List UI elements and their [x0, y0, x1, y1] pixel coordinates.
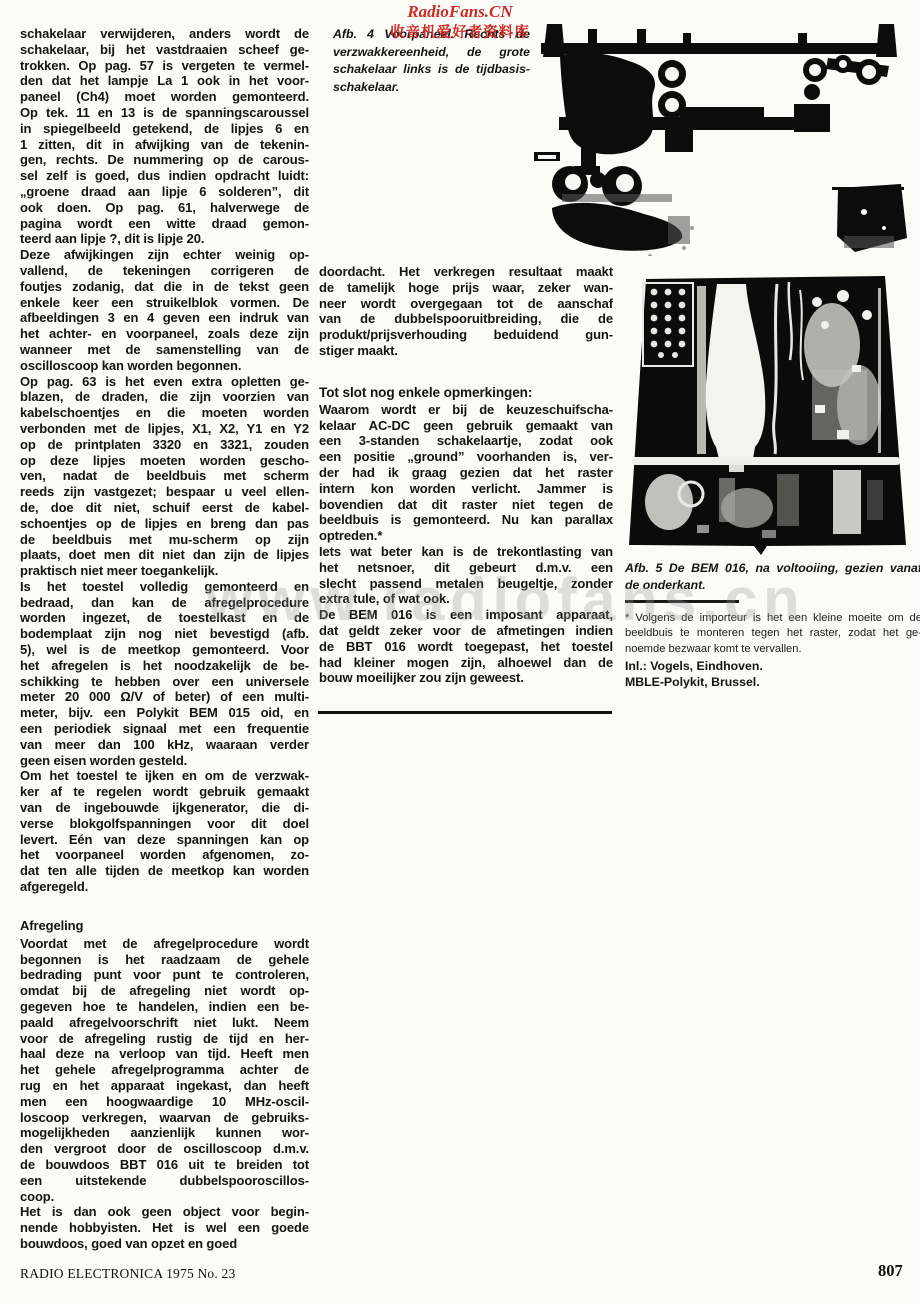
- caption-afb5: Afb. 5 De BEM 016, na voltooiing, gezien…: [625, 560, 920, 594]
- paragraph: Deze afwijkingen zijn echter weinig op-v…: [20, 247, 309, 373]
- afb4-front-panel-photo: [532, 16, 920, 256]
- paragraph: Voordat met de afregelprocedure wordtbeg…: [20, 936, 309, 1205]
- paragraph: doordacht. Het verkregen resultaat maakt…: [319, 264, 613, 359]
- paragraph: Op pag. 63 is het even extra opletten ge…: [20, 374, 309, 579]
- front-panel-photo-graphic: [532, 16, 920, 256]
- heading-afregeling: Afregeling: [20, 917, 309, 934]
- radiofans-watermark-site: RadioFans.CN: [383, 2, 537, 22]
- footnote: * Volgens de importeur is het een kleine…: [625, 611, 920, 657]
- column-end-rule: [318, 711, 612, 714]
- caption-afb4: Afb. 4 Voorpaneel. Rechts deverzwakkeree…: [333, 26, 530, 96]
- paragraph: Om het toestel te ijken en om de verzwak…: [20, 768, 309, 894]
- left-column: schakelaar verwijderen, anders wordt des…: [20, 26, 309, 1252]
- middle-column: doordacht. Het verkregen resultaat maakt…: [319, 264, 613, 686]
- paragraph: De BEM 016 is een imposant apparaat,dat …: [319, 607, 613, 686]
- underside-photo-graphic: [627, 270, 908, 555]
- paragraph: Het is dan ook geen object voor begin-ne…: [20, 1204, 309, 1251]
- paragraph: Waarom wordt er bij de keuzeschuifscha-k…: [319, 402, 613, 544]
- journal-footer: RADIO ELECTRONICA 1975 No. 23: [20, 1266, 235, 1282]
- heading-tot-slot: Tot slot nog enkele opmerkingen:: [319, 385, 613, 401]
- magazine-page: { "page": { "footer_left": "RADIO ELECTR…: [0, 0, 920, 1303]
- contact-info: Inl.: Vogels, Eindhoven.MBLE-Polykit, Br…: [625, 659, 920, 690]
- afb5-underside-photo: [627, 270, 908, 555]
- footnote-rule: [625, 600, 739, 603]
- page-number: 807: [878, 1261, 903, 1281]
- paragraph: Iets wat beter kan is de trekontlasting …: [319, 544, 613, 607]
- paragraph: Is het toestel volledig gemonteerd enbed…: [20, 579, 309, 769]
- paragraph: schakelaar verwijderen, anders wordt des…: [20, 26, 309, 247]
